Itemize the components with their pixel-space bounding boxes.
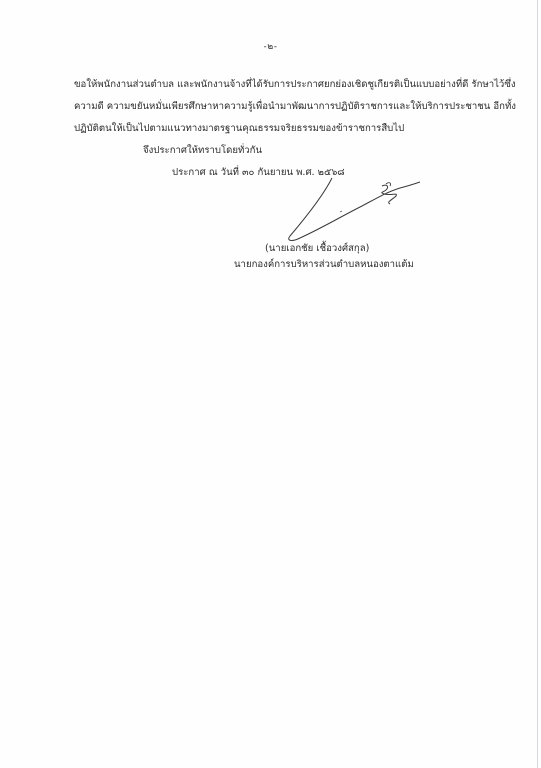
signatory-title: นายกองค์การบริหารส่วนตำบลหนองตาแต้ม: [234, 257, 414, 272]
signature-icon: [282, 176, 422, 246]
body-line-1: ขอให้พนักงานส่วนตำบล และพนักงานจ้างที่ได…: [74, 79, 516, 91]
page-number: -๒-: [0, 39, 541, 53]
body-line-2: ความดี ความขยันหมั่นเพียรศึกษาหาความรู้เ…: [74, 101, 516, 113]
body-line-3: ปฏิบัติตนให้เป็นไปตามแนวทางมาตรฐานคุณธรร…: [74, 123, 404, 135]
document-page: -๒- ขอให้พนักงานส่วนตำบล และพนักงานจ้างท…: [0, 0, 541, 768]
page-edge-line: [537, 0, 538, 768]
signatory-name: (นายเอกชัย เชื้อวงศ์สกุล): [265, 241, 369, 256]
announcement-line: จึงประกาศให้ทราบโดยทั่วกัน: [143, 145, 262, 157]
